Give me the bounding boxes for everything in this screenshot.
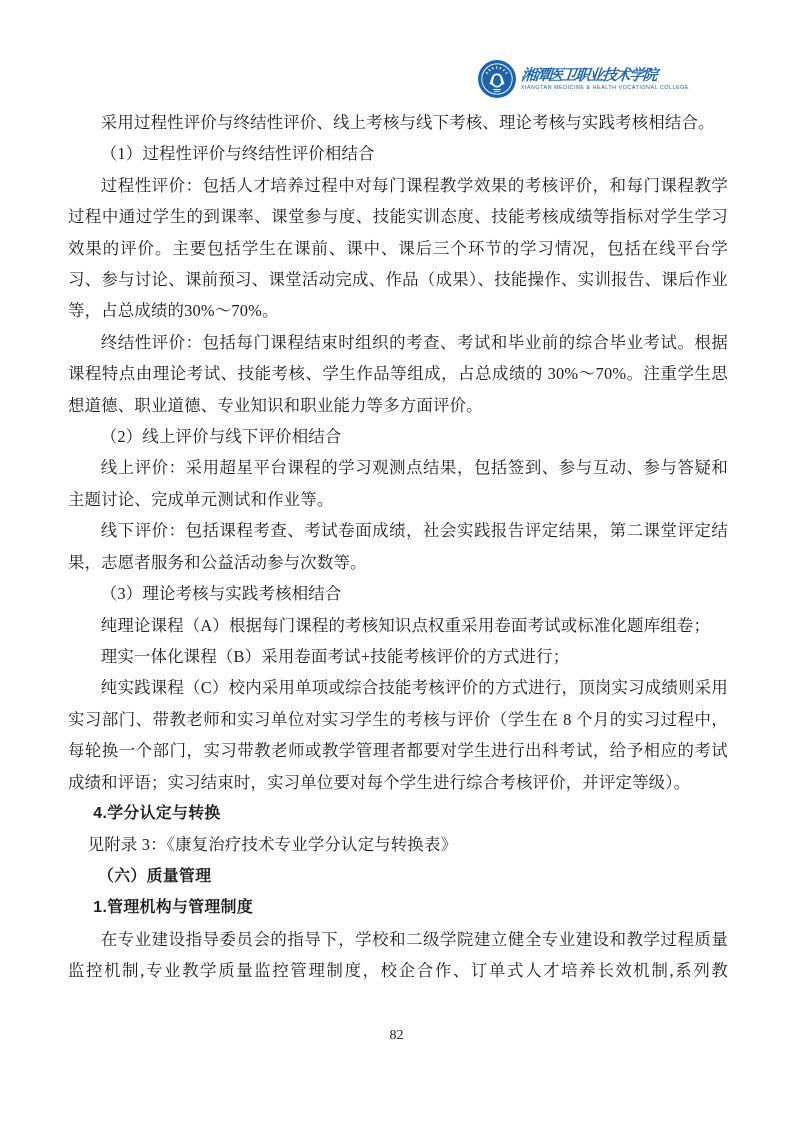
paragraph: 4.学分认定与转换 bbox=[68, 798, 728, 829]
document-page: 湘潭医卫职业技术学院 XIANGTAN MEDICINE & HEALTH VO… bbox=[0, 0, 793, 1122]
paragraph: 纯理论课程（A）根据每门课程的考核知识点权重采用卷面考试或标准化题库组卷； bbox=[68, 610, 728, 641]
college-name-zh: 湘潭医卫职业技术学院 bbox=[520, 67, 690, 85]
college-logo-block: 湘潭医卫职业技术学院 XIANGTAN MEDICINE & HEALTH VO… bbox=[478, 60, 689, 98]
college-logo-emblem bbox=[478, 60, 516, 98]
paragraph: 在专业建设指导委员会的指导下，学校和二级学院建立健全专业建设和教学过程质量监控机… bbox=[68, 924, 728, 987]
paragraph: （3）理论考核与实践考核相结合 bbox=[68, 578, 728, 609]
paragraph: （1）过程性评价与终结性评价相结合 bbox=[68, 138, 728, 169]
paragraph: （六）质量管理 bbox=[68, 861, 728, 892]
paragraph: （2）线上评价与线下评价相结合 bbox=[68, 421, 728, 452]
college-name-block: 湘潭医卫职业技术学院 XIANGTAN MEDICINE & HEALTH VO… bbox=[521, 67, 689, 92]
paragraph: 终结性评价：包括每门课程结束时组织的考查、考试和毕业前的综合毕业考试。根据课程特… bbox=[68, 327, 728, 421]
college-name-en: XIANGTAN MEDICINE & HEALTH VOCATIONAL CO… bbox=[521, 85, 689, 92]
paragraph: 纯实践课程（C）校内采用单项或综合技能考核评价的方式进行，顶岗实习成绩则采用实习… bbox=[68, 672, 728, 798]
paragraph: 1.管理机构与管理制度 bbox=[68, 892, 728, 923]
paragraph: 采用过程性评价与终结性评价、线上考核与线下考核、理论考核与实践考核相结合。 bbox=[68, 107, 728, 138]
page-number: 82 bbox=[0, 1028, 793, 1044]
paragraph: 见附录 3：《康复治疗技术专业学分认定与转换表》 bbox=[68, 829, 728, 860]
paragraph: 线下评价：包括课程考查、考试卷面成绩，社会实践报告评定结果，第二课堂评定结果，志… bbox=[68, 515, 728, 578]
paragraph: 线上评价：采用超星平台课程的学习观测点结果，包括签到、参与互动、参与答疑和主题讨… bbox=[68, 452, 728, 515]
paragraph: 理实一体化课程（B）采用卷面考试+技能考核评价的方式进行； bbox=[68, 641, 728, 672]
document-body: 采用过程性评价与终结性评价、线上考核与线下考核、理论考核与实践考核相结合。（1）… bbox=[68, 107, 728, 986]
paragraph: 过程性评价：包括人才培养过程中对每门课程教学效果的考核评价，和每门课程教学过程中… bbox=[68, 170, 728, 327]
